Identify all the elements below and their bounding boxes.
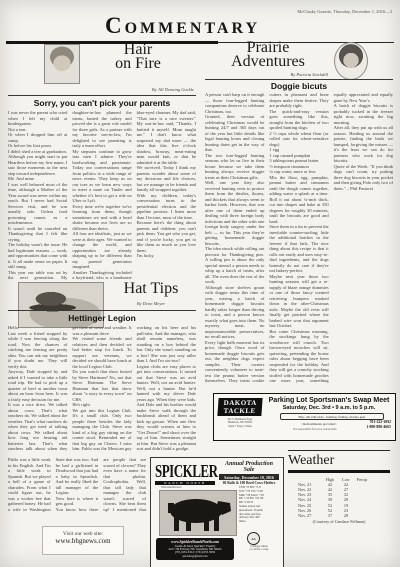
dakota-tackle-logo: DAKOTA TACKLE — [217, 398, 262, 416]
article-body-doggie-bicuts: A person can't harp on it enough — those… — [205, 92, 393, 388]
weather-row: Nov. 27 37 28 — [298, 513, 390, 518]
column-title-prairie-adventures: Prairie Adventures — [208, 41, 328, 69]
newspaper-page: McClusky Gazette, Thursday, December 1, … — [0, 0, 400, 567]
article-body-hettinger-legion: Hello. Last week a friend stopped by whi… — [8, 325, 196, 453]
article-body-hettinger-legion-continued: Pablo was a little weak in his English. … — [8, 457, 146, 513]
spickler-sale-date: Saturday, December 10, 2016 — [219, 474, 279, 480]
weather-title: Weather — [288, 453, 390, 469]
headline-doggie-bicuts: Doggie bicuts — [205, 81, 393, 91]
page-title: Commentary — [55, 13, 310, 39]
spickler-ranch-ad: SPICKLER RANCH NORTH Annual Production S… — [150, 457, 284, 567]
catalog-note: Catalogs online or call for a copy — [237, 545, 281, 552]
author-photo-patricia-stockdill — [334, 42, 368, 80]
weather-date: Nov. 27 — [298, 513, 322, 518]
bull-photo — [159, 490, 237, 536]
weather-rule-top — [288, 450, 390, 451]
spickler-logo: SPICKLER — [155, 461, 215, 483]
column-title-hair-on-fire: Hair on Fire — [82, 43, 194, 71]
byline-prairie-adventures: By Patricia Stockdill — [208, 72, 328, 77]
divider-prairie — [205, 79, 393, 80]
weather-precip — [354, 513, 370, 518]
swap-meet-headline: Parking Lot Sportsman's Swap Meet — [266, 397, 392, 404]
angus-seal-icon: AA — [247, 532, 260, 545]
spickler-sale-title: Annual Production Sale — [219, 461, 279, 473]
divider-hat-tips — [8, 310, 196, 311]
spickler-contact-footer: www.SpicklerRanchNorth.com Justin & Sara… — [156, 538, 234, 560]
column-title-hat-tips: Hat Tips — [104, 282, 198, 296]
weather-rule-bottom — [288, 470, 390, 473]
swap-meet-date: Saturday, Dec. 3rd • 9 a.m. to 5 p.m. — [266, 405, 392, 411]
weather-low: 28 — [338, 513, 354, 518]
article-body-sorry-parents: I was never the parent who cried when I … — [8, 110, 196, 284]
weather-table: High Low Precip Nov. 21 42 22 Nov. 22 42… — [288, 477, 390, 519]
weather-box: Weather High Low Precip Nov. 21 42 22 No… — [288, 450, 390, 524]
headline-hettinger-legion: Hettinger Legion — [8, 313, 196, 323]
website-url: www.bhgnews.com — [43, 537, 123, 545]
weather-high: 37 — [322, 513, 338, 518]
divider-hair — [8, 95, 196, 96]
spickler-email: spickler@gmail.com — [156, 555, 234, 559]
swap-meet-boxed-line: Buy, sell OR trade - hunting, fishing, m… — [280, 413, 384, 420]
author-photo-jill-denning-gackle — [44, 44, 80, 84]
headline-sorry-parents: Sorry, you can't pick your parents — [8, 98, 196, 108]
swap-meet-phone2: 1-800-880-4665 — [351, 425, 391, 430]
bull-epd-data: CED +8 BW +1.8 WW +76 YW +128 Milk +28 M… — [239, 486, 279, 524]
swap-meet-phone1: 701-222-3092 — [351, 420, 391, 425]
bull-silhouette-icon — [160, 491, 236, 535]
byline-hat-tips: By Dean Meyer — [104, 301, 198, 306]
dakota-tackle-address: 301 S. Bismarck Expy Bismarck, ND 58504 … — [217, 418, 263, 428]
weather-courtesy-line: (Courtesy of Candace Fellman) — [288, 519, 390, 524]
dakota-tackle-ad: DAKOTA TACKLE 301 S. Bismarck Expy Bisma… — [213, 393, 396, 441]
byline-hair-on-fire: By Jill Denning Gackle — [82, 87, 194, 92]
bull-name-label: Nebraska Renown — [161, 486, 181, 489]
swap-meet-disclaimer: Not responsible for lost or stolen items — [270, 428, 360, 431]
website-promo-box: Visit our web site: www.bhgnews.com — [42, 526, 124, 555]
